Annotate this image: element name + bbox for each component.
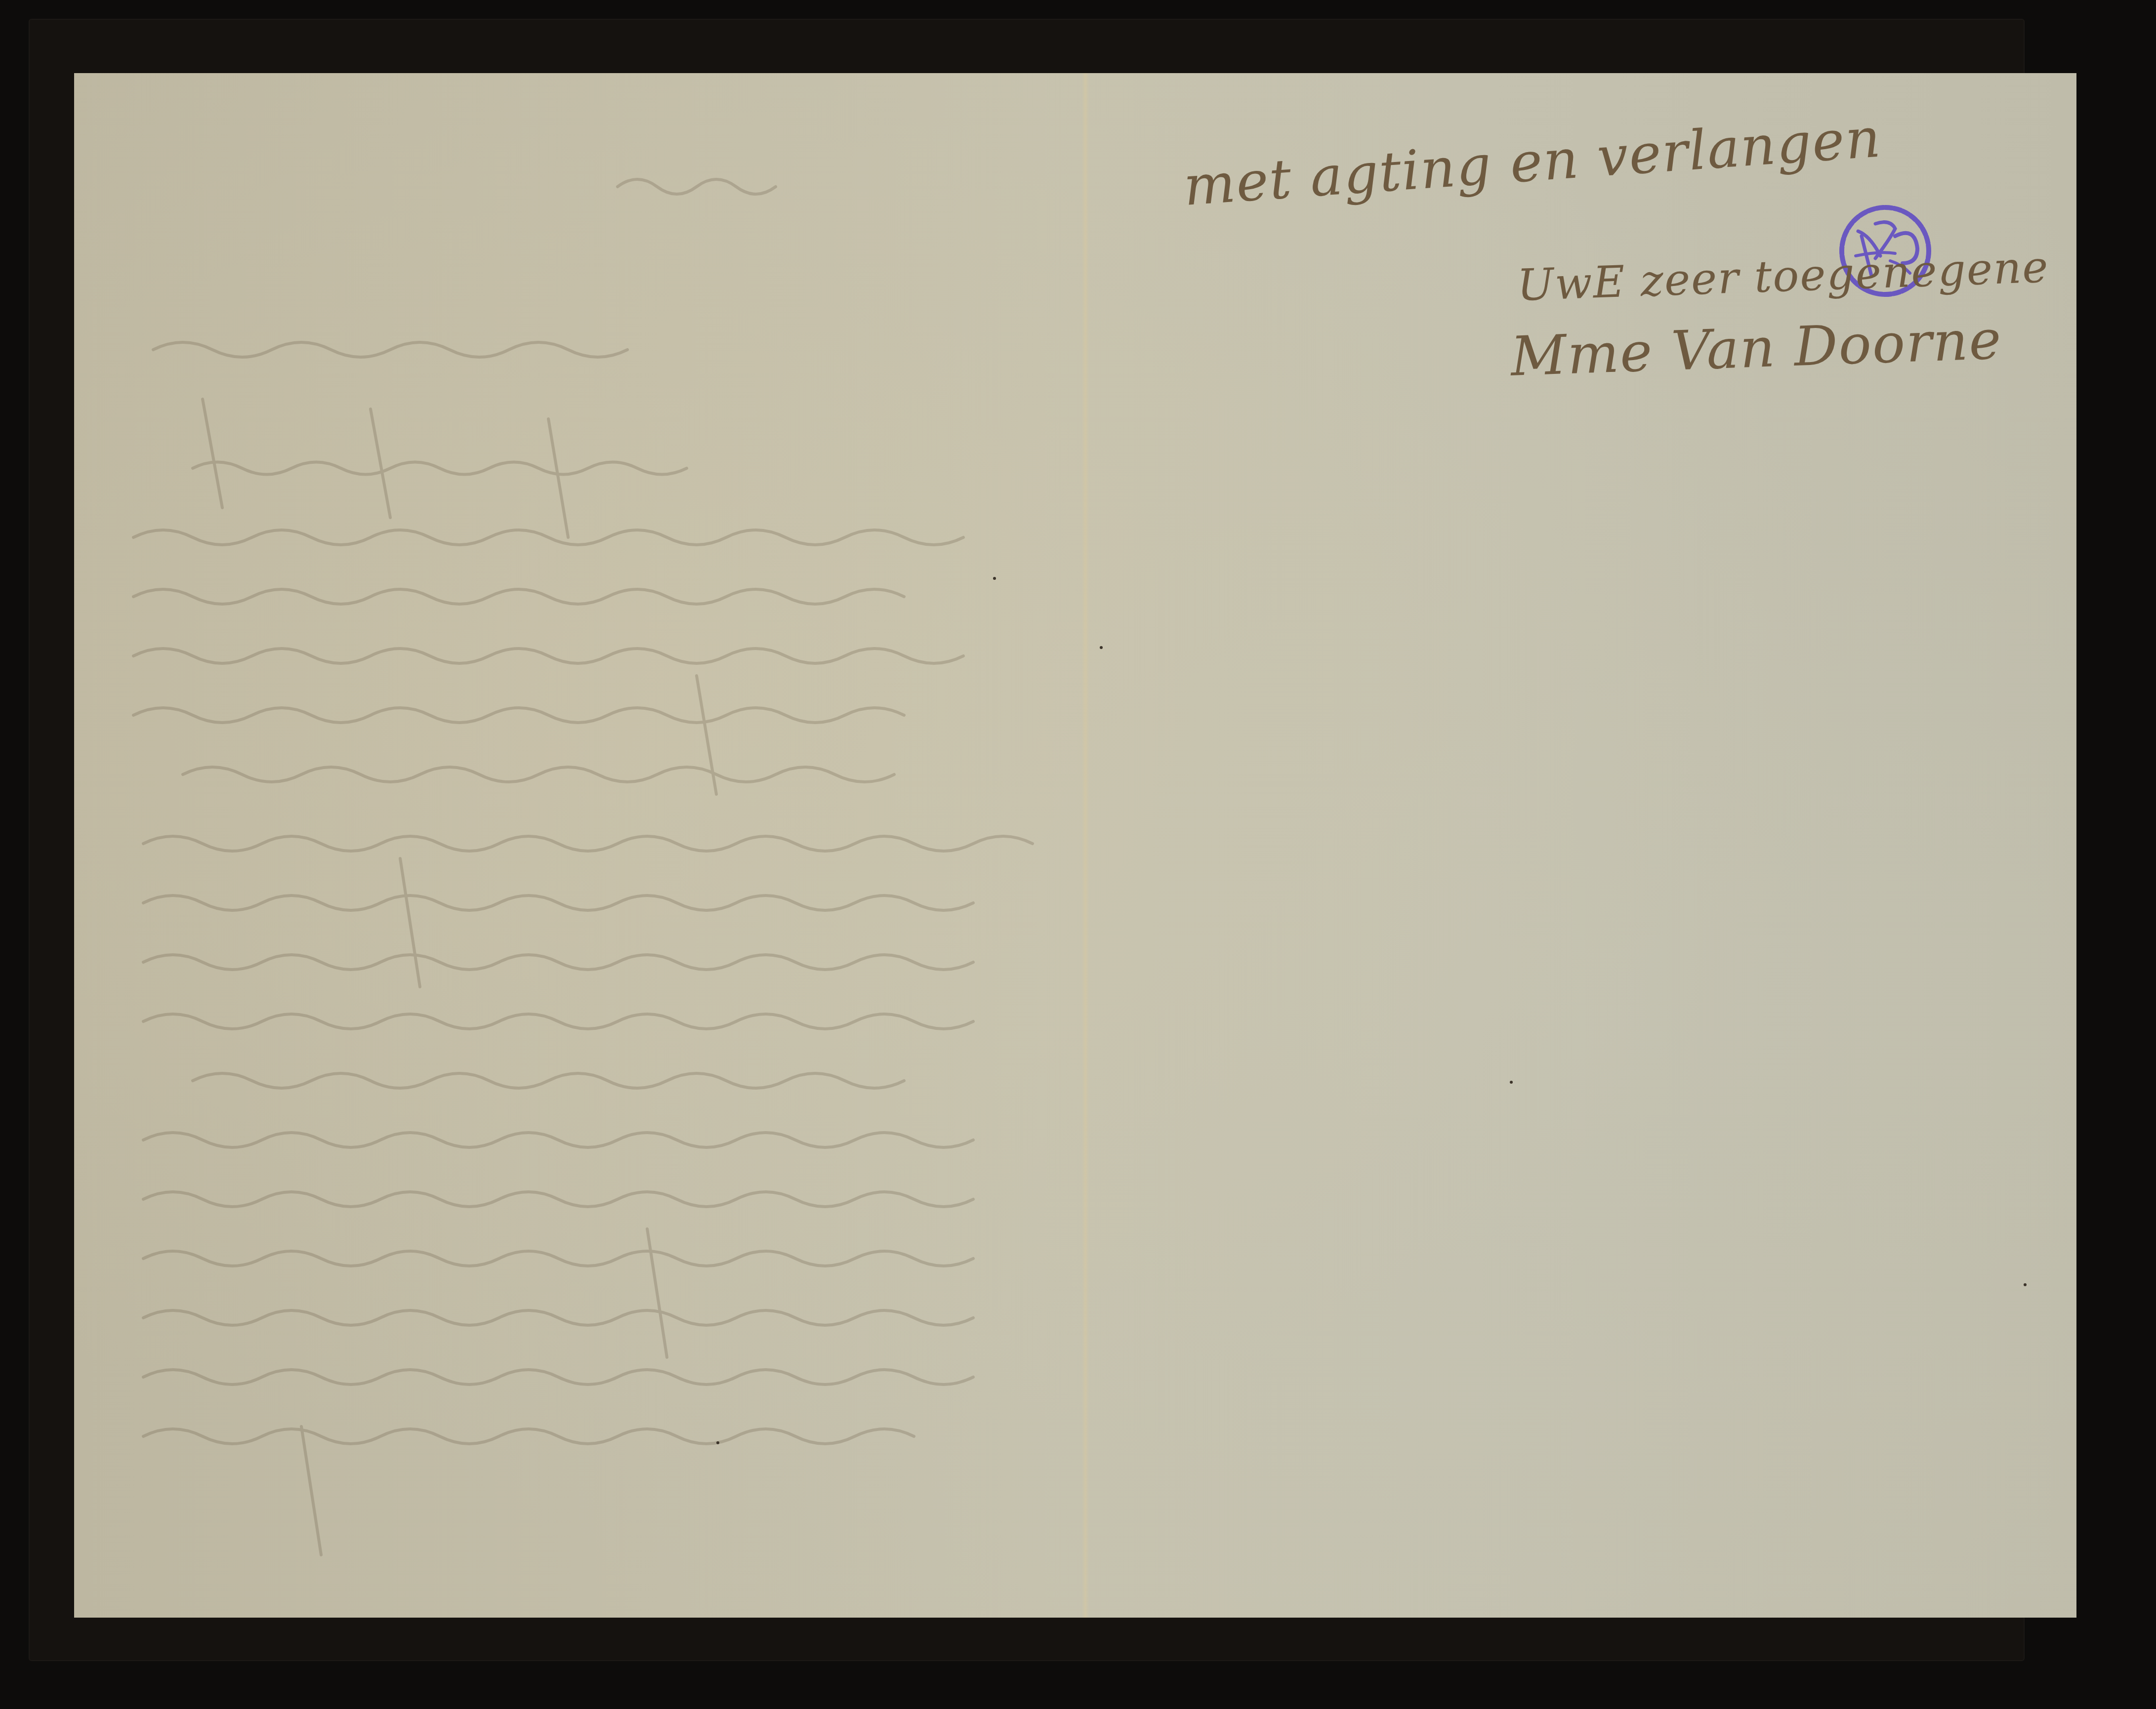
letter-sheet: met agting en verlangen UwE zeer toegene… [74,73,2076,1618]
paper-speck [1100,646,1103,649]
bleed-through-handwriting [74,73,1085,1618]
closing-text: met agting en verlangen [1182,106,1883,217]
paper-speck [1510,1081,1513,1084]
signature: Mme Van Doorne [1510,308,2003,388]
paper-speck [993,577,996,580]
paper-speck [2024,1283,2027,1286]
left-page [74,73,1085,1618]
right-page: met agting en verlangen UwE zeer toegene… [1085,73,2076,1618]
paper-speck [716,1441,719,1444]
respect-text: UwE zeer toegenegene [1516,241,2050,311]
